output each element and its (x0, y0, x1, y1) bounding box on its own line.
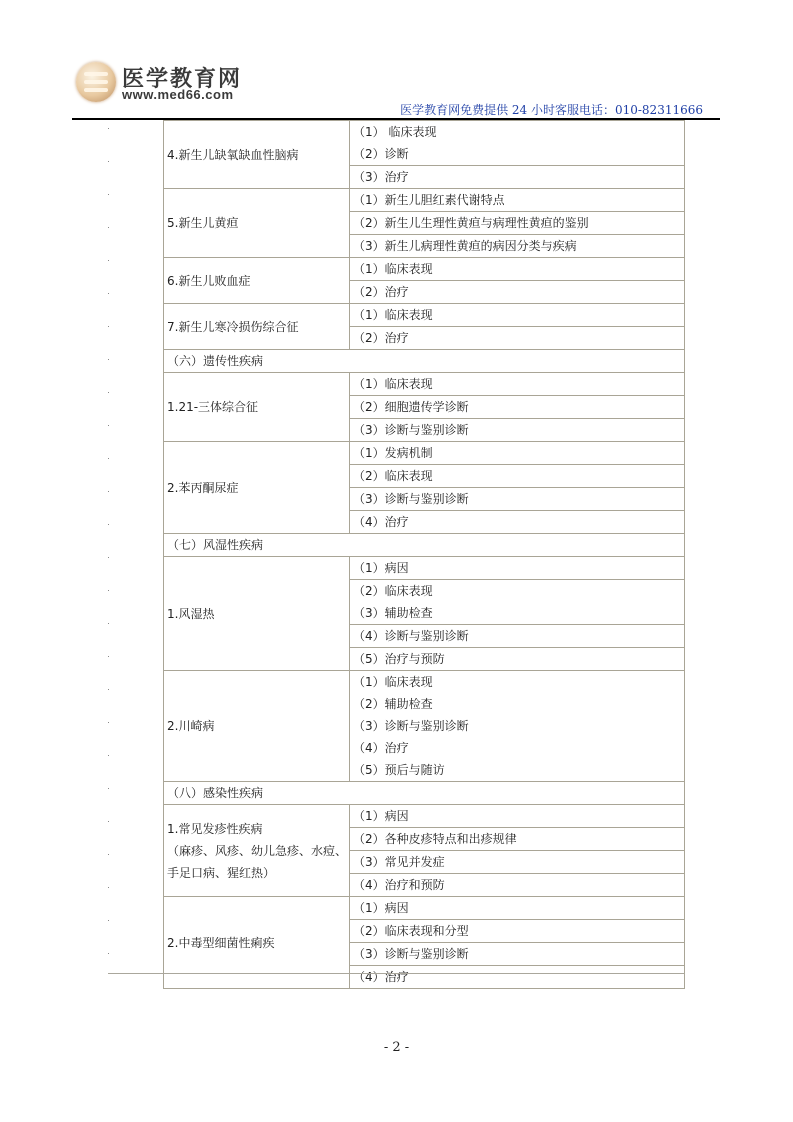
subitem-label: （4）治疗 (353, 511, 684, 533)
subitem-label: （3）治疗 (353, 166, 684, 188)
subitem-cell: （2）临床表现 (350, 465, 685, 488)
margin-dot (108, 194, 109, 195)
subitem-cell: （3）诊断与鉴别诊断 (350, 488, 685, 511)
subitem-cell: （4）治疗 (350, 966, 685, 989)
subitem-label: （2）临床表现 (353, 580, 684, 602)
topic-cell: 4.新生儿缺氧缺血性脑病 (164, 121, 350, 189)
subitem-label: （1）临床表现 (353, 373, 684, 395)
subitem-cell: （3）新生儿病理性黄疸的病因分类与疾病 (350, 235, 685, 258)
logo-url: www.med66.com (122, 87, 234, 102)
subitem-label: （3）诊断与鉴别诊断 (353, 943, 684, 965)
subitem-label: （2）治疗 (353, 281, 684, 303)
subitem-label: （1）病因 (353, 897, 684, 919)
subitem-label: （5）治疗与预防 (353, 648, 684, 670)
margin-dot (108, 755, 109, 756)
topic-label: 5.新生儿黄疸 (167, 212, 349, 234)
subitem-label: （1）临床表现 (353, 671, 684, 693)
subitem-cell: （1）发病机制 (350, 442, 685, 465)
subitem-label: （4）治疗 (353, 966, 684, 988)
subitem-cell: （2）治疗 (350, 327, 685, 350)
hotline-text: 医学教育网免费提供 24 小时客服电话：010-82311666 (400, 101, 703, 118)
margin-dot (108, 821, 109, 822)
logo-emblem-icon (76, 62, 116, 102)
subitem-label: （1）发病机制 (353, 442, 684, 464)
subitem-cell: （5）治疗与预防 (350, 648, 685, 671)
margin-dot (108, 722, 109, 723)
margin-dot (108, 920, 109, 921)
subitem-cell: （4）诊断与鉴别诊断 (350, 625, 685, 648)
subitem-label: （1）临床表现 (353, 304, 684, 326)
topic-cell: 2.苯丙酮尿症 (164, 442, 350, 534)
margin-dot (108, 326, 109, 327)
subitem-cell: （3）诊断与鉴别诊断 (350, 943, 685, 966)
topic-label: 2.川崎病 (167, 715, 349, 737)
topic-label: 2.中毒型细菌性痢疾 (167, 932, 349, 954)
syllabus-table: 4.新生儿缺氧缺血性脑病（1） 临床表现（2）诊断（3）治疗5.新生儿黄疸（1）… (163, 120, 685, 989)
table-row: 1.风湿热（1）病因 (164, 557, 685, 580)
subitem-cell: （2）细胞遗传学诊断 (350, 396, 685, 419)
margin-dot (108, 887, 109, 888)
topic-cell: 2.中毒型细菌性痢疾 (164, 897, 350, 989)
section-heading: （八）感染性疾病 (164, 782, 685, 805)
subitem-cell: （2）治疗 (350, 281, 685, 304)
subitem-cell: （1）临床表现 (350, 304, 685, 327)
table-row: 4.新生儿缺氧缺血性脑病（1） 临床表现（2）诊断 (164, 121, 685, 166)
margin-dot (108, 623, 109, 624)
subitem-cell: （3）治疗 (350, 166, 685, 189)
table-row: 1.常见发疹性疾病（麻疹、风疹、幼儿急疹、水痘、手足口病、猩红热）（1）病因 (164, 805, 685, 828)
topic-cell: 2.川崎病 (164, 671, 350, 782)
subitem-cell: （4）治疗 (350, 511, 685, 534)
topic-cell: 5.新生儿黄疸 (164, 189, 350, 258)
subitem-cell: （1）新生儿胆红素代谢特点 (350, 189, 685, 212)
topic-label: 手足口病、猩红热） (167, 862, 349, 884)
subitem-label: （1） 临床表现 (353, 121, 684, 143)
topic-cell: 7.新生儿寒冷损伤综合征 (164, 304, 350, 350)
section-row: （六）遗传性疾病 (164, 350, 685, 373)
topic-label: （麻疹、风疹、幼儿急疹、水痘、 (167, 840, 349, 862)
table-row: 7.新生儿寒冷损伤综合征（1）临床表现 (164, 304, 685, 327)
subitem-cell: （2）临床表现和分型 (350, 920, 685, 943)
subitem-cell: （1）病因 (350, 557, 685, 580)
subitem-label: （2）临床表现 (353, 465, 684, 487)
subitem-label: （1）病因 (353, 805, 684, 827)
table-row: 2.中毒型细菌性痢疾（1）病因 (164, 897, 685, 920)
subitem-cell: （1）病因 (350, 897, 685, 920)
subitem-label: （3）诊断与鉴别诊断 (353, 488, 684, 510)
subitem-cell: （1）临床表现 (350, 373, 685, 396)
table-row: 5.新生儿黄疸（1）新生儿胆红素代谢特点 (164, 189, 685, 212)
subitem-label: （2）新生儿生理性黄疸与病理性黄疸的鉴别 (353, 212, 684, 234)
subitem-label: （2）各种皮疹特点和出疹规律 (353, 828, 684, 850)
margin-dot (108, 227, 109, 228)
site-logo: 医学教育网 www.med66.com (74, 60, 264, 106)
subitem-label: （1）新生儿胆红素代谢特点 (353, 189, 684, 211)
margin-dot (108, 557, 109, 558)
subitem-cell: （3）常见并发症 (350, 851, 685, 874)
subitem-cell: （2）各种皮疹特点和出疹规律 (350, 828, 685, 851)
subitem-label: （3）诊断与鉴别诊断 (353, 419, 684, 441)
margin-dot (108, 524, 109, 525)
subitem-label: （3）新生儿病理性黄疸的病因分类与疾病 (353, 235, 684, 257)
topic-label: 7.新生儿寒冷损伤综合征 (167, 316, 349, 338)
margin-dot (108, 656, 109, 657)
subitem-cell: （3）诊断与鉴别诊断 (350, 419, 685, 442)
margin-dot (108, 590, 109, 591)
subitem-cell: （2）新生儿生理性黄疸与病理性黄疸的鉴别 (350, 212, 685, 235)
topic-cell: 6.新生儿败血症 (164, 258, 350, 304)
margin-dot (108, 293, 109, 294)
subitem-label: （2）临床表现和分型 (353, 920, 684, 942)
margin-dot (108, 689, 109, 690)
page-number: - 2 - (0, 1040, 793, 1055)
margin-dot (108, 359, 109, 360)
subitem-label: （2）治疗 (353, 327, 684, 349)
margin-dot (108, 128, 109, 129)
topic-cell: 1.常见发疹性疾病（麻疹、风疹、幼儿急疹、水痘、手足口病、猩红热） (164, 805, 350, 897)
topic-cell: 1.21-三体综合征 (164, 373, 350, 442)
subitem-label: （3）常见并发症 (353, 851, 684, 873)
subitem-label: （4）诊断与鉴别诊断 (353, 625, 684, 647)
table-row: 2.川崎病（1）临床表现（2）辅助检查（3）诊断与鉴别诊断（4）治疗（5）预后与… (164, 671, 685, 782)
section-heading: （七）风湿性疾病 (164, 534, 685, 557)
subitem-label: （5）预后与随访 (353, 759, 684, 781)
topic-label: 1.常见发疹性疾病 (167, 818, 349, 840)
subitem-label: （3）诊断与鉴别诊断 (353, 715, 684, 737)
topic-label: 2.苯丙酮尿症 (167, 477, 349, 499)
margin-dot (108, 953, 109, 954)
table-row: 2.苯丙酮尿症（1）发病机制 (164, 442, 685, 465)
margin-dot (108, 854, 109, 855)
subitem-label: （4）治疗 (353, 737, 684, 759)
subitem-label: （4）治疗和预防 (353, 874, 684, 896)
section-row: （八）感染性疾病 (164, 782, 685, 805)
subitem-label: （2）细胞遗传学诊断 (353, 396, 684, 418)
subitem-cell: （4）治疗和预防 (350, 874, 685, 897)
subitem-cell: （1） 临床表现（2）诊断 (350, 121, 685, 166)
subitem-cell: （1）病因 (350, 805, 685, 828)
table-bottom-rule (108, 973, 685, 974)
margin-dot (108, 161, 109, 162)
margin-dot (108, 425, 109, 426)
margin-dot (108, 458, 109, 459)
subitem-label: （1）临床表现 (353, 258, 684, 280)
margin-dot (108, 491, 109, 492)
table-row: 1.21-三体综合征（1）临床表现 (164, 373, 685, 396)
subitem-label: （3）辅助检查 (353, 602, 684, 624)
subitem-label: （2）诊断 (353, 143, 684, 165)
subitem-label: （1）病因 (353, 557, 684, 579)
section-row: （七）风湿性疾病 (164, 534, 685, 557)
topic-cell: 1.风湿热 (164, 557, 350, 671)
margin-dot (108, 392, 109, 393)
section-heading: （六）遗传性疾病 (164, 350, 685, 373)
subitem-cell: （1）临床表现 (350, 258, 685, 281)
subitem-label: （2）辅助检查 (353, 693, 684, 715)
table-row: 6.新生儿败血症（1）临床表现 (164, 258, 685, 281)
topic-label: 1.风湿热 (167, 603, 349, 625)
subitem-cell: （2）临床表现（3）辅助检查 (350, 580, 685, 625)
topic-label: 6.新生儿败血症 (167, 270, 349, 292)
topic-label: 4.新生儿缺氧缺血性脑病 (167, 144, 349, 166)
margin-dot (108, 260, 109, 261)
topic-label: 1.21-三体综合征 (167, 396, 349, 418)
margin-dot (108, 788, 109, 789)
subitem-cell: （1）临床表现（2）辅助检查（3）诊断与鉴别诊断（4）治疗（5）预后与随访 (350, 671, 685, 782)
